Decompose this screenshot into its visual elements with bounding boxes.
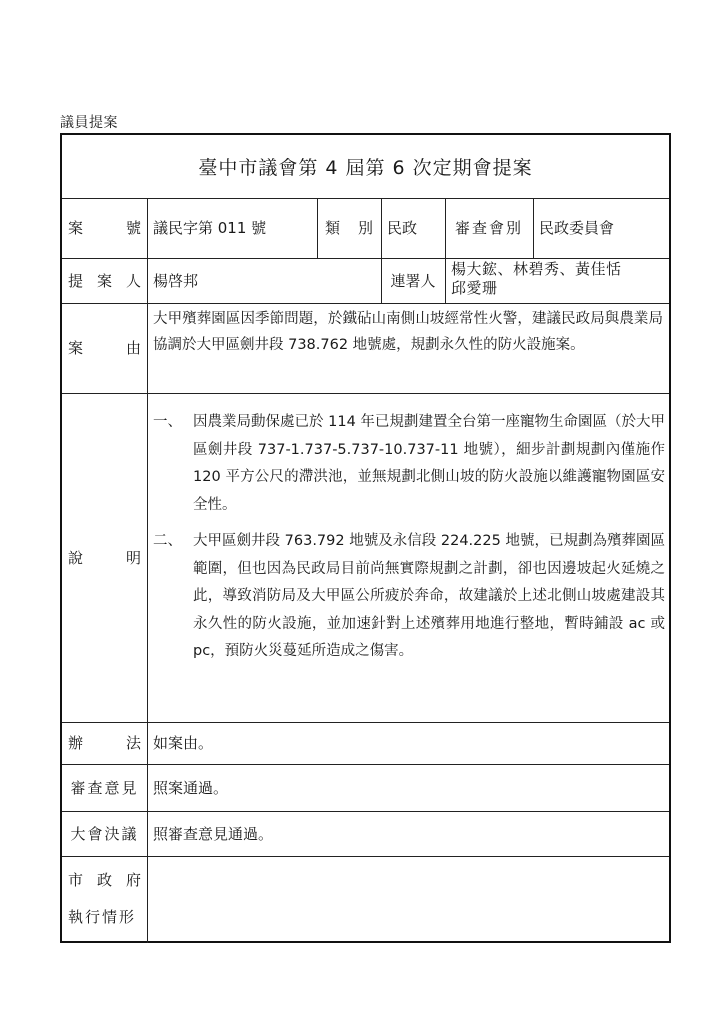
case-number-label: 案 號 <box>62 198 147 258</box>
explanation-item: 二、 大甲區劍井段 763.792 地號及永信段 224.225 地號，已規劃為… <box>153 528 665 666</box>
cosigners-value: 楊大鋐、林碧秀、黃佳恬 邱愛珊 <box>445 258 669 303</box>
cosigners-label: 連署人 <box>381 258 445 303</box>
category-value: 民政 <box>381 198 445 258</box>
execution-status-label: 市 政 府 執行情形 <box>62 856 147 941</box>
case-number-value: 議民字第 011 號 <box>147 198 317 258</box>
proposer-value: 楊啓邦 <box>147 258 381 303</box>
assembly-resolution-value: 照審查意見通過。 <box>147 811 669 856</box>
review-opinion-label: 審查意見 <box>62 764 147 811</box>
category-label: 類 別 <box>317 198 381 258</box>
explanation-item: 一、 因農業局動保處已於 114 年已規劃建置全台第一座寵物生命園區（於大甲區劍… <box>153 409 665 519</box>
method-label: 辦 法 <box>62 722 147 764</box>
proposal-form-table: 臺中市議會第 4 屆第 6 次定期會提案 案 號 議民字第 011 號 類 別 … <box>60 133 671 943</box>
assembly-resolution-label: 大會決議 <box>62 811 147 856</box>
method-value: 如案由。 <box>147 722 669 764</box>
explanation-label: 說 明 <box>62 393 147 722</box>
proposer-label: 提 案 人 <box>62 258 147 303</box>
explanation-content: 一、 因農業局動保處已於 114 年已規劃建置全台第一座寵物生命園區（於大甲區劍… <box>147 393 669 722</box>
reason-label: 案 由 <box>62 303 147 393</box>
review-committee-value: 民政委員會 <box>533 198 669 258</box>
form-title: 臺中市議會第 4 屆第 6 次定期會提案 <box>62 135 669 200</box>
review-committee-label: 審查會別 <box>445 198 533 258</box>
execution-status-value <box>147 856 669 941</box>
review-opinion-value: 照案通過。 <box>147 764 669 811</box>
reason-text: 大甲殯葬園區因季節問題，於鐵砧山南側山坡經常性火警，建議民政局與農業局協調於大甲… <box>147 303 669 393</box>
document-type-label: 議員提案 <box>60 112 118 132</box>
